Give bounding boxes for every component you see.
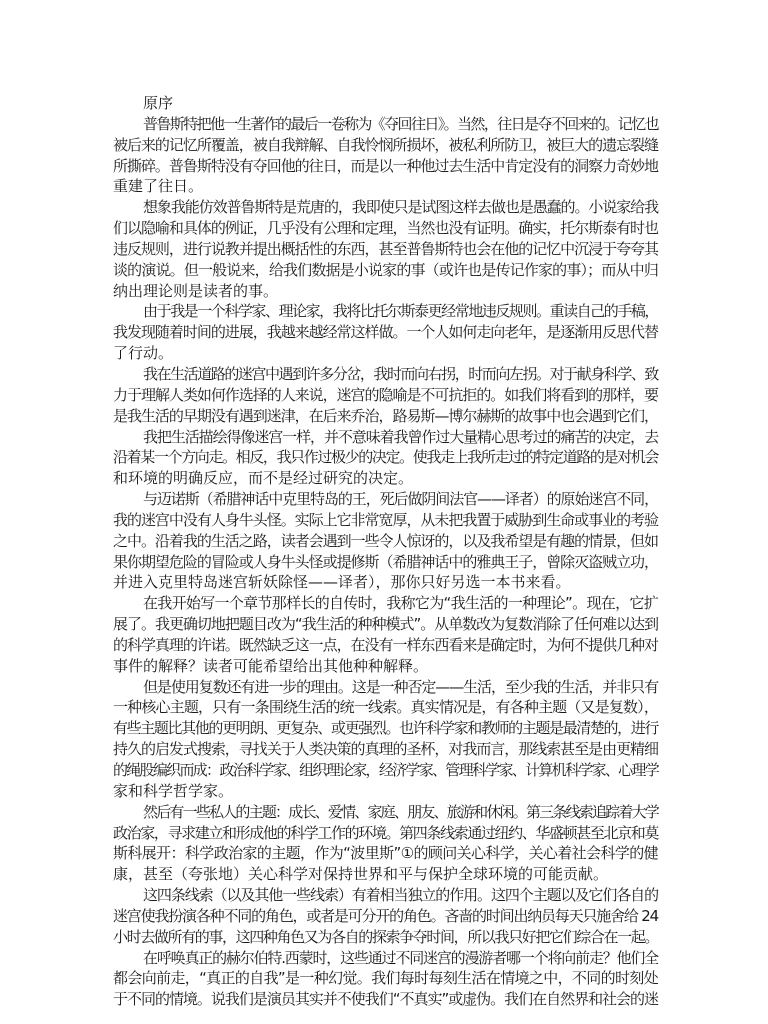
paragraph-11: 在呼唤真正的赫尔伯特.西蒙时，这些通过不同迷宫的漫游者哪一个将向前走？他们全 都… [113,948,658,1011]
paragraph-3: 由于我是一个科学家、理论家，我将比托尔斯泰更经常地违反规则。重读自己的手稿， 我… [113,301,658,364]
text-line: 被后来的记忆所覆盖，被自我辩解、自我怜悯所损坏，被私利所防卫，被巨大的遗忘裂缝 [113,135,658,156]
paragraph-2: 想象我能仿效普鲁斯特是荒唐的，我即使只是试图这样去做也是愚蠢的。小说家给我 们以… [113,197,658,301]
text-line: 们以隐喻和具体的例证，几乎没有公理和定理，当然也没有证明。确实，托尔斯泰有时也 [113,218,658,239]
text-line: 在呼唤真正的赫尔伯特.西蒙时，这些通过不同迷宫的漫游者哪一个将向前走？他们全 [113,948,658,969]
text-line: 政治家，寻求建立和形成他的科学工作的环境。第四条线索通过纽约、华盛顿甚至北京和莫 [113,823,658,844]
text-line: 力于理解人类如何作选择的人来说，迷宫的隐喻是不可抗拒的。如我们将看到的那样，要 [113,385,658,406]
text-line: 然后有一些私人的主题：成长、爱情、家庭、朋友、旅游和休闲。第三条线索追踪着大学 [113,802,658,823]
text-line: 我把生活描绘得像迷宫一样，并不意味着我曾作过大量精心思考过的痛苦的决定，去 [113,427,658,448]
text-line: 我的迷宫中没有人身牛头怪。实际上它非常宽厚，从未把我置于威胁到生命或事业的考验 [113,510,658,531]
paragraph-4: 我在生活道路的迷宫中遇到许多分岔，我时而向右拐，时而向左拐。对于献身科学、致 力… [113,364,658,427]
text-line: 康，甚至（夸张地）关心科学对保持世界和平与保护全球环境的可能贡献。 [113,864,658,885]
text-line: 持久的启发式搜索，寻找关于人类决策的真理的圣杯，对我而言，那线索甚至是由更精细 [113,739,658,760]
text-line: 斯科展开：科学政治家的主题，作为“波里斯”①的顾问关心科学，关心着社会科学的健 [113,843,658,864]
paragraph-6: 与迈诺斯（希腊神话中克里特岛的王，死后做阴间法官——译者）的原始迷宫不同， 我的… [113,489,658,593]
text-line: 这四条线索（以及其他一些线索）有着相当独立的作用。这四个主题以及它们各自的 [113,885,658,906]
text-line: 是我生活的早期没有遇到迷津，在后来乔治，路易斯—博尔赫斯的故事中也会遇到它们， [113,406,658,427]
text-line: 我在生活道路的迷宫中遇到许多分岔，我时而向右拐，时而向左拐。对于献身科学、致 [113,364,658,385]
text-line: 一种核心主题，只有一条围绕生活的统一线索。真实情况是，有各种主题（又是复数）， [113,697,658,718]
text-line: 小时去做所有的事，这四种角色又为各自的探索争夺时间，所以我只好把它们综合在一起。 [113,927,658,948]
paragraph-10: 这四条线索（以及其他一些线索）有着相当独立的作用。这四个主题以及它们各自的 迷宫… [113,885,658,948]
text-line: 迷宫使我扮演各种不同的角色，或者是可分开的角色。吝啬的时间出纳员每天只施舍给 2… [113,906,658,927]
text-line: 都会向前走，“真正的自我”是一种幻觉。我们每时每刻生活在情境之中，不同的时刻处 [113,968,658,989]
text-line: 果你期望危险的冒险或人身牛头怪或提修斯（希腊神话中的雅典王子，曾除灭盗贼立功， [113,552,658,573]
text-line: 有些主题比其他的更明朗、更复杂、或更强烈。也许科学家和教师的主题是最清楚的，进行 [113,718,658,739]
document-title: 原序 [113,93,658,114]
text-line: 谈的演说。但一般说来，给我们数据是小说家的事（或许也是传记作家的事）；而从中归 [113,260,658,281]
text-line: 想象我能仿效普鲁斯特是荒唐的，我即使只是试图这样去做也是愚蠢的。小说家给我 [113,197,658,218]
text-line: 家和科学哲学家。 [113,781,658,802]
paragraph-7: 在我开始写一个章节那样长的自传时，我称它为“我生活的一种理论”。现在，它扩 展了… [113,593,658,676]
text-line: 并进入克里特岛迷宫斩妖除怪——译者），那你只好另选一本书来看。 [113,572,658,593]
text-line: 与迈诺斯（希腊神话中克里特岛的王，死后做阴间法官——译者）的原始迷宫不同， [113,489,658,510]
text-line: 由于我是一个科学家、理论家，我将比托尔斯泰更经常地违反规则。重读自己的手稿， [113,301,658,322]
text-line: 普鲁斯特把他一生著作的最后一卷称为《夺回往日》。当然，往日是夺不回来的。记忆也 [113,114,658,135]
text-line: 沿着某一个方向走。相反，我只作过极少的决定。使我走上我所走过的特定道路的是对机会 [113,447,658,468]
paragraph-8: 但是使用复数还有进一步的理由。这是一种否定——生活，至少我的生活，并非只有 一种… [113,677,658,802]
text-line: 我发现随着时间的进展，我越来越经常这样做。一个人如何走向老年，是逐渐用反思代替 [113,322,658,343]
text-line: 纳出理论则是读者的事。 [113,281,658,302]
paragraph-9: 然后有一些私人的主题：成长、爱情、家庭、朋友、旅游和休闲。第三条线索追踪着大学 … [113,802,658,885]
paragraph-5: 我把生活描绘得像迷宫一样，并不意味着我曾作过大量精心思考过的痛苦的决定，去 沿着… [113,427,658,490]
text-line: 了行动。 [113,343,658,364]
text-line: 在我开始写一个章节那样长的自传时，我称它为“我生活的一种理论”。现在，它扩 [113,593,658,614]
text-line: 重建了往日。 [113,176,658,197]
text-line: 事件的解释？读者可能希望给出其他种种解释。 [113,656,658,677]
text-line: 违反规则，进行说教并提出概括性的东西，甚至普鲁斯特也会在他的记忆中沉浸于夸夸其 [113,239,658,260]
paragraph-1: 普鲁斯特把他一生著作的最后一卷称为《夺回往日》。当然，往日是夺不回来的。记忆也 … [113,114,658,197]
text-line: 之中。沿着我的生活之路，读者会遇到一些令人惊讶的，以及我希望是有趣的情景，但如 [113,531,658,552]
document-page: 原序 普鲁斯特把他一生著作的最后一卷称为《夺回往日》。当然，往日是夺不回来的。记… [113,93,658,1010]
text-line: 的绳股编织而成：政治科学家、组织理论家，经济学家、管理科学家、计算机科学家、心理… [113,760,658,781]
text-line: 展了。我更确切地把题目改为“我生活的种种模式”。从单数改为复数消除了任何难以达到 [113,614,658,635]
text-line: 所撕碎。普鲁斯特没有夺回他的往日，而是以一种他过去生活中肯定没有的洞察力奇妙地 [113,156,658,177]
text-line: 和环境的明确反应，而不是经过研究的决定。 [113,468,658,489]
text-line: 的科学真理的许诺。既然缺乏这一点，在没有一样东西看来是确定时，为何不提供几种对 [113,635,658,656]
text-line: 但是使用复数还有进一步的理由。这是一种否定——生活，至少我的生活，并非只有 [113,677,658,698]
text-line: 于不同的情境。说我们是演员其实并不使我们“不真实”或虚伪。我们在自然界和社会的迷 [113,989,658,1010]
